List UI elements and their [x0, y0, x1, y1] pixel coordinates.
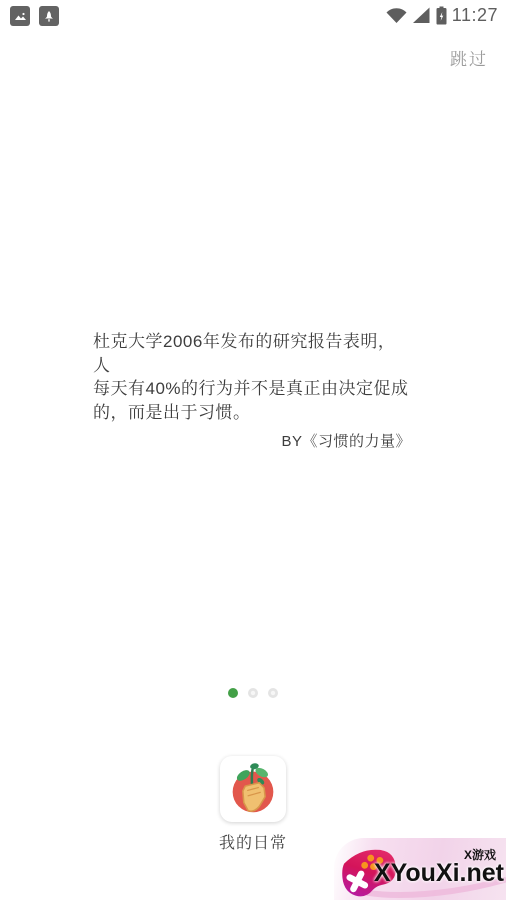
- rocket-app-notification-icon: [39, 6, 59, 26]
- hand-holding-sprout-icon: [222, 758, 284, 820]
- quote-attribution: BY《习惯的力量》: [93, 430, 411, 454]
- watermark-site: XYouXi.net: [374, 859, 504, 888]
- clock-time: 11:27: [452, 5, 498, 26]
- status-bar: 11:27: [0, 0, 506, 32]
- quote-line: 每天有40%的行为并不是真正由决定促成: [93, 377, 411, 401]
- system-status-area: 11:27: [386, 5, 498, 26]
- page-dot: [248, 688, 258, 698]
- cellular-signal-icon: [412, 7, 431, 25]
- gamepad-x-button: [350, 874, 365, 889]
- app-icon: [220, 756, 286, 822]
- mountain-photo-icon: [14, 10, 27, 23]
- image-notification-icon: [10, 6, 30, 26]
- rocket-icon: [43, 10, 55, 23]
- page-dot-active: [228, 688, 238, 698]
- notification-area: [10, 6, 59, 26]
- quote-block: 杜克大学2006年发布的研究报告表明，人 每天有40%的行为并不是真正由决定促成…: [93, 330, 411, 454]
- skip-button[interactable]: 跳过: [448, 43, 490, 72]
- watermark: X游戏 XYouXi.net: [334, 838, 506, 900]
- wifi-icon: [386, 7, 407, 25]
- page-dot: [268, 688, 278, 698]
- quote-line: 的，而是出于习惯。: [93, 401, 411, 425]
- battery-charging-icon: [436, 6, 447, 25]
- page-indicator: [0, 688, 506, 698]
- quote-line: 杜克大学2006年发布的研究报告表明，人: [93, 330, 411, 377]
